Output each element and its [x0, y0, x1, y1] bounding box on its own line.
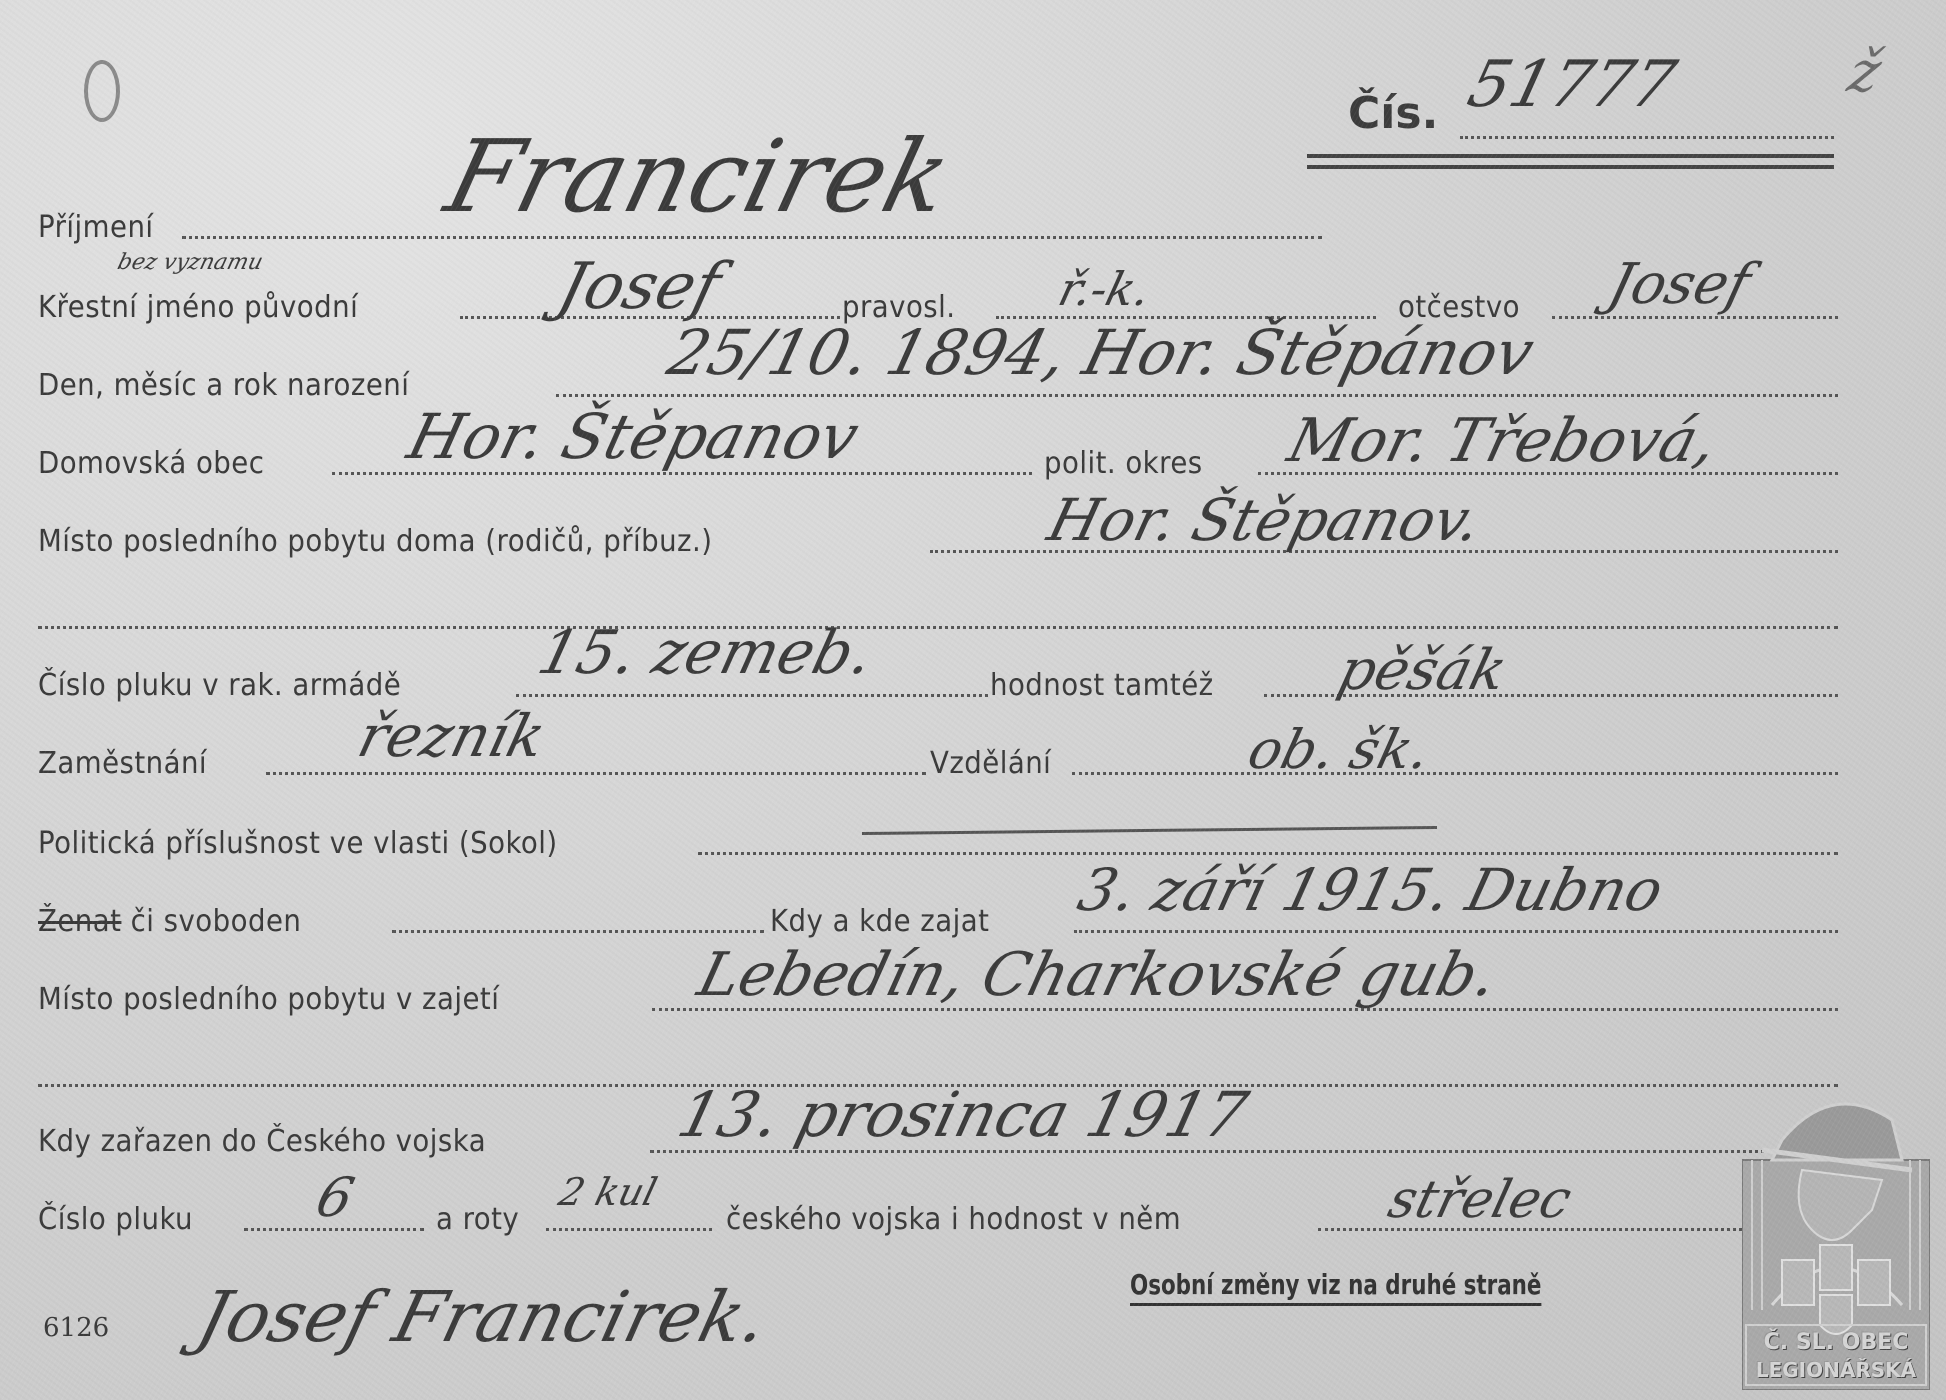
occupation-line — [266, 772, 926, 775]
birth-line — [556, 394, 1838, 397]
last-home-residence-extra-line — [38, 626, 1838, 629]
last-home-residence-value: Hor. Štěpanov. — [1042, 486, 1488, 554]
education-line — [1072, 772, 1838, 775]
occupation-label: Zaměstnání — [38, 746, 207, 781]
form-code: 6126 — [43, 1313, 109, 1343]
enlisted-value: 13. prosinca 1917 — [671, 1078, 1255, 1151]
home-municipality-value: Hor. Štěpanov — [401, 400, 866, 473]
last-captivity-place-label: Místo posledního pobytu v zajetí — [38, 982, 499, 1017]
registration-card: Čís. 51777 ž Příjmení Francirek bez vyzn… — [0, 0, 1946, 1400]
district-label: polit. okres — [1044, 446, 1203, 481]
cz-rank-label: českého vojska i hodnost v něm — [726, 1202, 1181, 1237]
card-number-value: 51777 — [1461, 48, 1683, 122]
company-line — [546, 1228, 712, 1231]
political-affiliation-line — [698, 852, 1838, 855]
card-number-label: Čís. — [1348, 88, 1438, 139]
austrian-regiment-line — [516, 694, 988, 697]
header-double-rule — [1307, 154, 1834, 169]
cz-regiment-value: 6 — [310, 1166, 360, 1229]
captured-line — [1074, 930, 1838, 933]
captured-label: Kdy a kde zajat — [770, 904, 989, 939]
single-text: či svoboden — [131, 904, 302, 939]
austrian-rank-label: hodnost tamtéž — [990, 668, 1214, 703]
education-label: Vzdělání — [930, 746, 1051, 781]
last-captivity-place-value: Lebedín, Charkovské gub. — [691, 940, 1504, 1010]
austrian-regiment-value: 15. zemeb. — [531, 618, 880, 688]
logo-text-line2: LEGIONÁŘSKÁ — [1742, 1358, 1930, 1382]
birth-value: 25/10. 1894, Hor. Štěpánov — [661, 316, 1541, 389]
captured-value: 3. září 1915. Dubno — [1072, 856, 1670, 924]
birth-label: Den, měsíc a rok narození — [38, 368, 409, 403]
surname-note: bez vyznamu — [115, 250, 266, 275]
marital-status-label: Ženat či svoboden — [38, 904, 301, 939]
surname-label: Příjmení — [38, 210, 154, 245]
district-value: Mor. Třebová, — [1281, 406, 1724, 476]
occupation-value: řezník — [352, 702, 553, 770]
last-home-residence-label: Místo posledního pobytu doma (rodičů, př… — [38, 524, 712, 559]
political-affiliation-dash-stroke — [862, 826, 1437, 835]
signature: Josef Francirek. — [190, 1276, 776, 1358]
surname-line — [182, 236, 1322, 239]
austrian-rank-value: pěšák — [1332, 638, 1513, 703]
company-label: a roty — [436, 1202, 519, 1237]
religion-value: ř.-k. — [1053, 262, 1156, 316]
first-name-label: Křestní jméno původní — [38, 290, 358, 325]
company-value: 2 kul — [555, 1170, 662, 1214]
home-municipality-label: Domovská obec — [38, 446, 264, 481]
cz-regiment-label: Číslo pluku — [38, 1202, 193, 1237]
card-number-mark: ž — [1842, 40, 1888, 105]
married-struck-text: Ženat — [38, 904, 121, 939]
logo-text-line1: Č. SL. OBEC — [1742, 1330, 1930, 1355]
education-value: ob. šk. — [1242, 718, 1437, 781]
enlisted-label: Kdy zařazen do Českého vojska — [38, 1124, 486, 1159]
pencil-circle-mark — [84, 60, 120, 122]
patronymic-value: Josef — [1602, 252, 1757, 317]
austrian-regiment-label: Číslo pluku v rak. armádě — [38, 668, 401, 703]
surname-value: Francirek — [435, 118, 961, 235]
political-affiliation-label: Politická příslušnost ve vlasti (Sokol) — [38, 826, 558, 861]
marital-status-line — [392, 930, 764, 933]
footer-note: Osobní změny viz na druhé straně — [1130, 1268, 1541, 1306]
legion-community-logo: Č. SL. OBEC LEGIONÁŘSKÁ — [1742, 1080, 1930, 1390]
cz-rank-value: střelec — [1383, 1170, 1578, 1230]
card-number-line — [1460, 136, 1834, 139]
first-name-value: Josef — [551, 250, 728, 324]
